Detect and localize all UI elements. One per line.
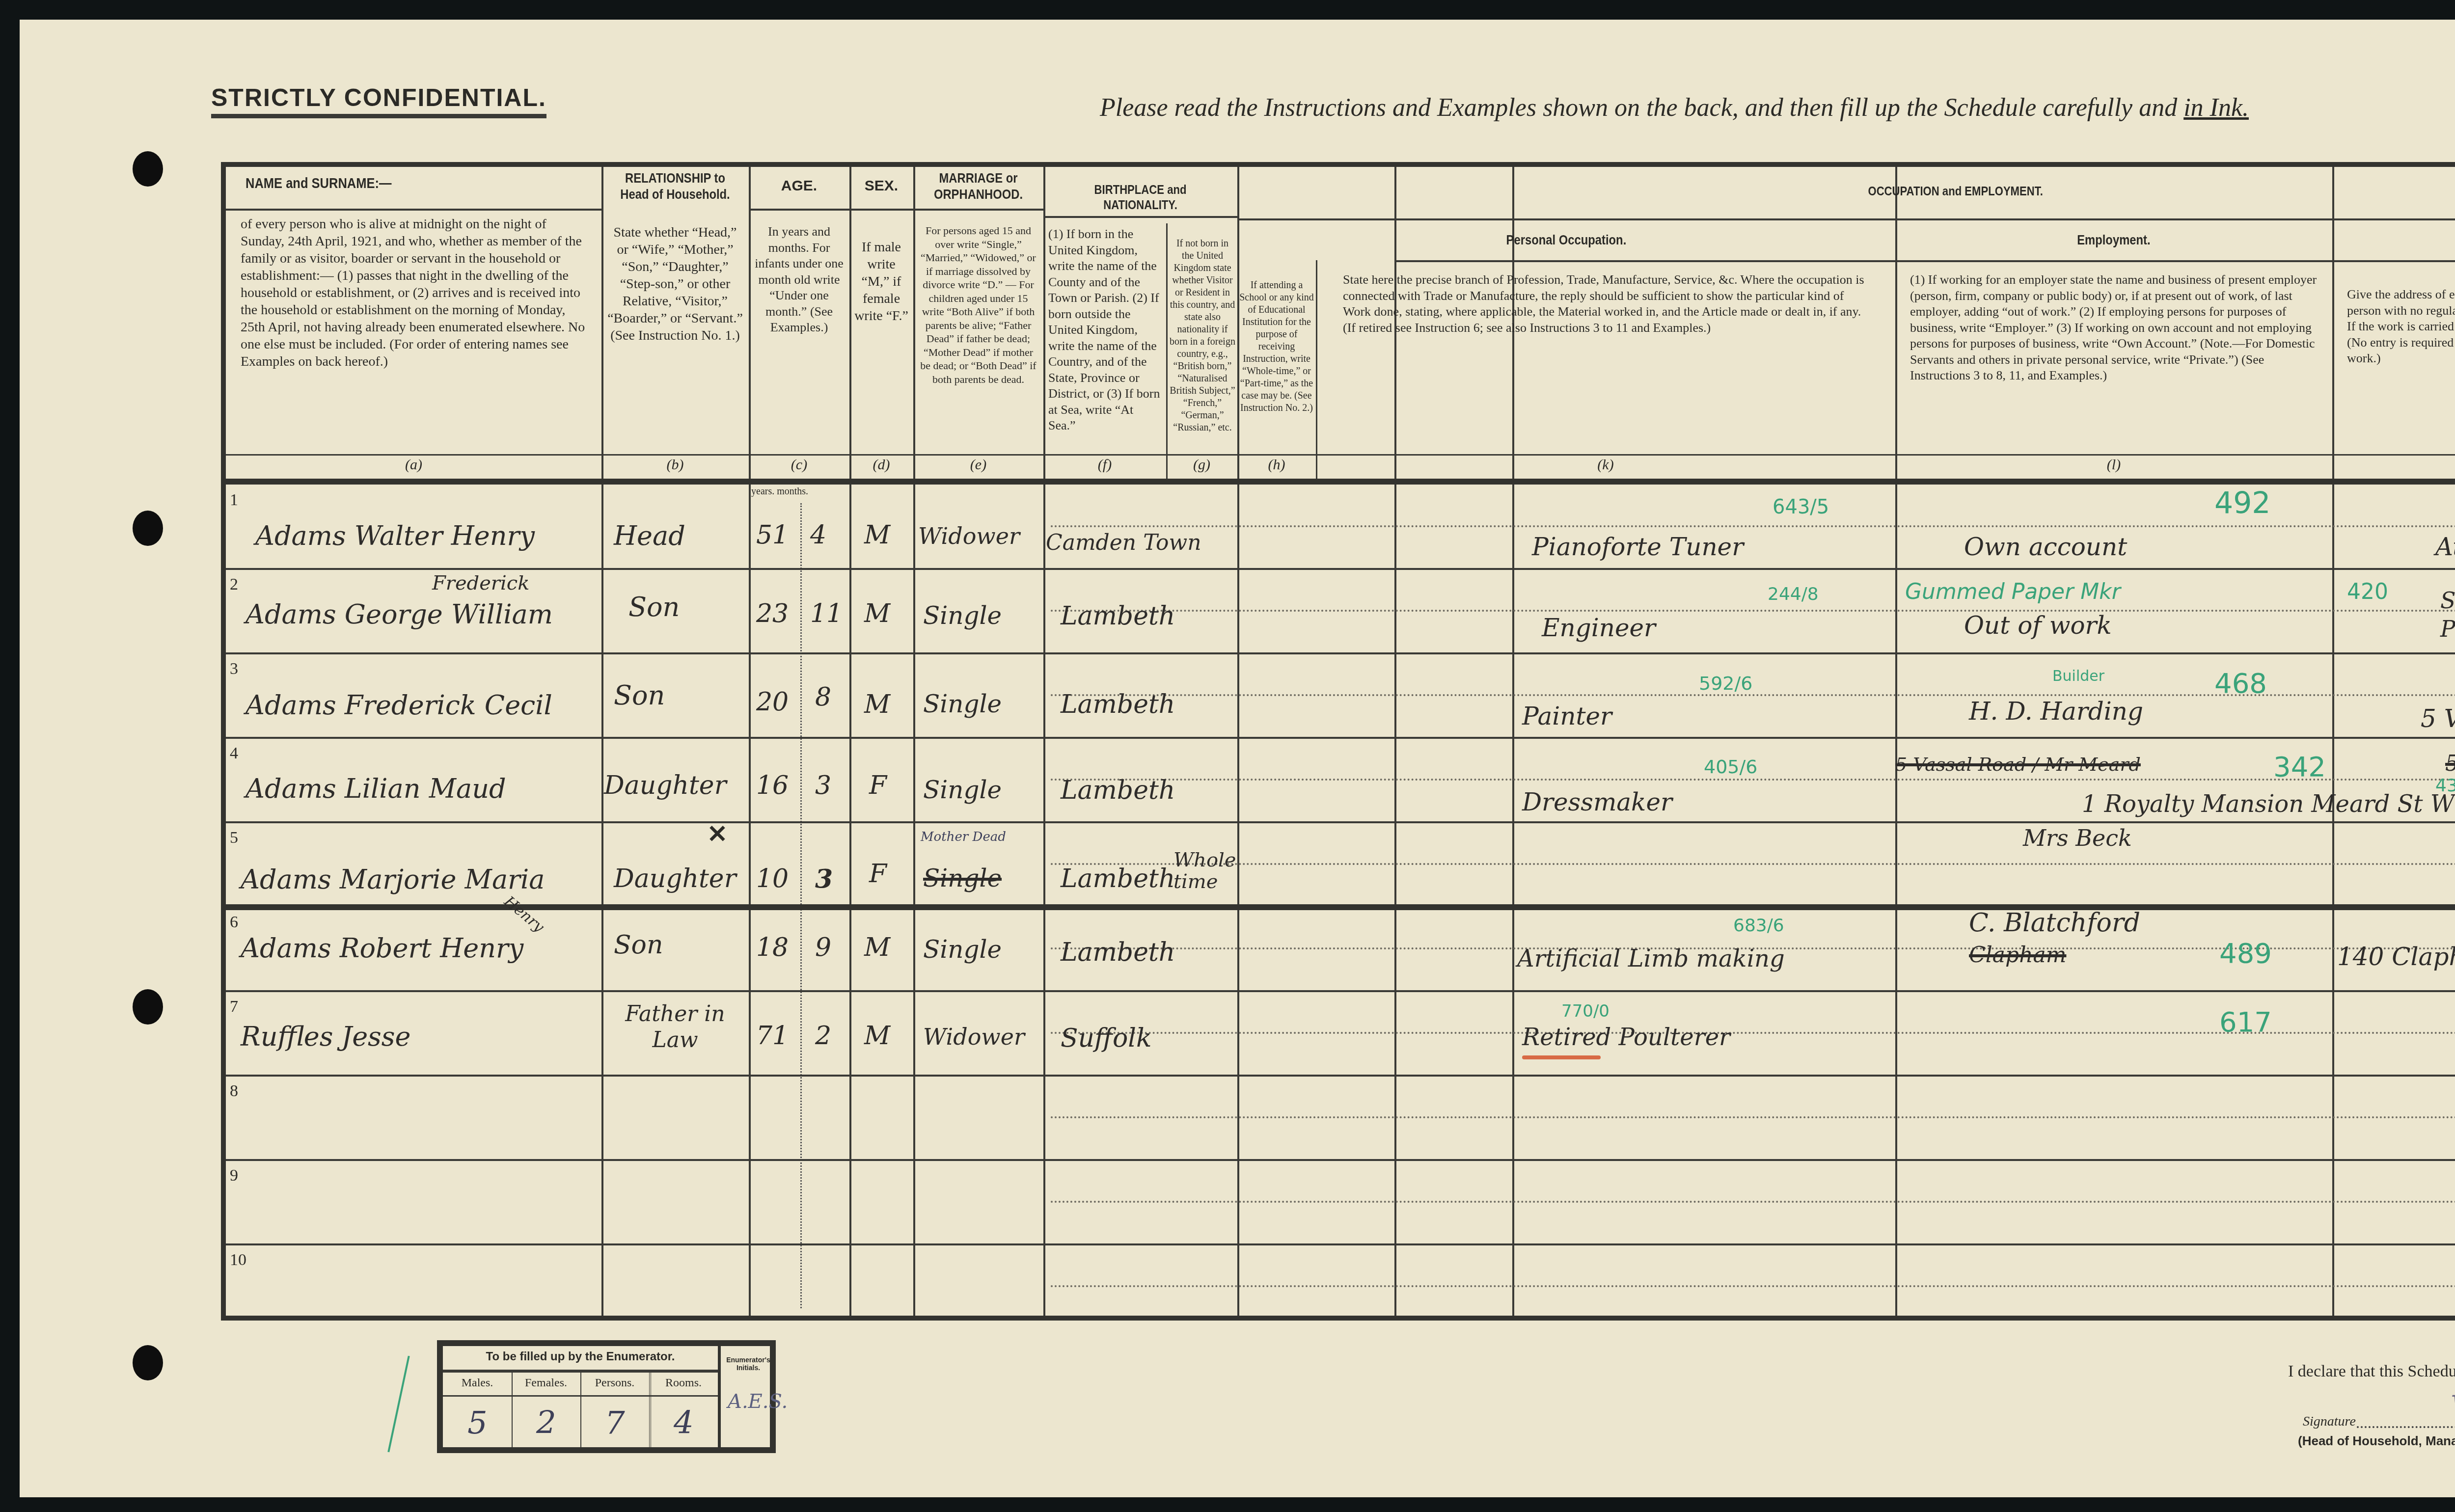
column-desc-nationality: If not born in the United Kingdom state … bbox=[1168, 236, 1237, 436]
employment: Out of work bbox=[1964, 611, 2112, 640]
occupation-code: 683/6 bbox=[1733, 916, 1784, 936]
column-letter-l: (l) bbox=[1895, 457, 2332, 473]
place-struck: 5 Vassal Road bbox=[2445, 751, 2455, 776]
row-number: 7 bbox=[230, 998, 238, 1016]
column-letter-b: (b) bbox=[601, 457, 749, 473]
relationship: Son bbox=[614, 680, 665, 711]
column-letter-k: (k) bbox=[1316, 457, 1895, 473]
sex: F bbox=[869, 859, 887, 889]
employment-note: Builder bbox=[2052, 668, 2104, 685]
sex: F bbox=[869, 771, 887, 800]
age-months: 4 bbox=[810, 520, 826, 550]
employment-note: Mrs Beck bbox=[2023, 825, 2132, 851]
column-header-place-of-work: Place of Work. bbox=[2332, 228, 2455, 251]
relationship: Head bbox=[614, 520, 685, 551]
age-subheader: years. months. bbox=[751, 486, 808, 497]
age-months: 3 bbox=[815, 864, 833, 894]
column-header-relationship: RELATIONSHIP to Head of Household. bbox=[601, 167, 749, 206]
occupation: Pianoforte Tuner bbox=[1532, 533, 1744, 561]
column-desc-marriage: For persons aged 15 and over write “Sing… bbox=[913, 221, 1043, 389]
employment-code: 468 bbox=[2214, 668, 2267, 700]
birthplace: Lambeth bbox=[1061, 690, 1175, 719]
age-years: 18 bbox=[756, 933, 789, 962]
age-years: 51 bbox=[756, 520, 789, 550]
column-letter-m: (m) bbox=[2332, 457, 2455, 473]
row-number: 3 bbox=[230, 660, 238, 678]
place-of-work: At Home bbox=[2435, 533, 2455, 561]
employment-struck: Clapham bbox=[1969, 943, 2066, 968]
person-name: Adams Lilian Maud bbox=[245, 773, 506, 804]
occupation-code: 770/0 bbox=[1561, 1001, 1609, 1021]
sex: M bbox=[864, 599, 890, 628]
birthplace: Suffolk bbox=[1061, 1024, 1151, 1053]
marriage-status: Widower bbox=[923, 1024, 1025, 1050]
age-months: 2 bbox=[815, 1021, 831, 1051]
green-tick-mark bbox=[387, 1356, 409, 1452]
column-letter-e: (e) bbox=[913, 457, 1043, 473]
employment-code: 342 bbox=[2273, 751, 2326, 783]
column-desc-relationship: State whether “Head,” or “Wife,” “Mother… bbox=[601, 221, 749, 347]
column-desc-sex: If male write “M,” if female write “F.” bbox=[849, 236, 913, 327]
column-desc-birthplace: (1) If born in the United Kingdom, write… bbox=[1043, 223, 1166, 437]
enumerator-totals-box: To be filled up by the Enumerator. Males… bbox=[437, 1340, 776, 1453]
totals-value-males: 5 bbox=[467, 1405, 488, 1441]
occupation-code: 643/5 bbox=[1773, 496, 1829, 518]
column-letter-c: (c) bbox=[749, 457, 849, 473]
place-code: 4350 bbox=[2435, 776, 2455, 796]
occupation-code: 592/6 bbox=[1699, 673, 1753, 694]
name-insertion: Henry bbox=[501, 893, 547, 936]
age-years: 16 bbox=[756, 771, 789, 800]
signature: W. C. Adams bbox=[2450, 1389, 2455, 1426]
totals-label-rooms: Rooms. bbox=[649, 1377, 718, 1390]
totals-box-title: To be filled up by the Enumerator. bbox=[443, 1350, 718, 1364]
employment: 1 Royalty Mansion Meard St W bbox=[2082, 790, 2455, 818]
person-name: Adams Robert Henry bbox=[241, 933, 523, 964]
row-number: 1 bbox=[230, 491, 238, 510]
column-desc-age: In years and months. For infants under o… bbox=[749, 221, 849, 339]
relationship: Daughter bbox=[614, 864, 736, 893]
totals-label-females: Females. bbox=[512, 1377, 580, 1390]
employment: C. Blatchford bbox=[1969, 908, 2140, 938]
row-number: 9 bbox=[230, 1166, 238, 1185]
punch-hole bbox=[133, 151, 163, 187]
instruction-ink: in Ink. bbox=[2183, 94, 2249, 122]
occupation: Retired Poulterer bbox=[1522, 1024, 1730, 1051]
declaration-text: I declare that this Schedule is correctl… bbox=[2288, 1362, 2455, 1381]
column-header-age: AGE. bbox=[749, 174, 849, 197]
person-name: Adams Marjorie Maria bbox=[241, 864, 545, 895]
age-months: 8 bbox=[815, 682, 831, 712]
employment-code: 420 bbox=[2347, 579, 2388, 604]
age-years: 71 bbox=[756, 1021, 789, 1051]
totals-value-persons: 7 bbox=[605, 1405, 625, 1441]
employment: H. D. Harding bbox=[1969, 697, 2143, 726]
marriage-status: Single bbox=[923, 690, 1002, 718]
birthplace: Lambeth bbox=[1061, 938, 1175, 967]
place-of-work: 140 Clapham Rd bbox=[2337, 943, 2455, 971]
occupation: Artificial Limb making bbox=[1517, 943, 1792, 975]
marriage-status: Single bbox=[923, 776, 1002, 804]
employment-note: Gummed Paper Mkr bbox=[1905, 579, 2121, 604]
column-desc-name: of every person who is alive at midnight… bbox=[226, 214, 601, 372]
punch-hole bbox=[133, 1345, 163, 1380]
marriage-status: Widower bbox=[918, 523, 1020, 549]
place-of-work: Samuel Jones Peckham bbox=[2440, 587, 2455, 643]
occupation: Painter bbox=[1522, 702, 1612, 730]
row-number: 10 bbox=[230, 1251, 246, 1269]
column-desc-employment: (1) If working for an employer state the… bbox=[1895, 270, 2332, 386]
occupation-code: 244/8 bbox=[1768, 584, 1819, 604]
person-name: Adams Walter Henry bbox=[255, 520, 535, 551]
totals-label-males: Males. bbox=[443, 1377, 512, 1390]
age-months: 9 bbox=[815, 933, 831, 962]
column-header-sex: SEX. bbox=[849, 174, 913, 197]
punch-hole bbox=[133, 989, 163, 1025]
employment-struck: 5 Vassal Road / Mr Meard bbox=[1895, 754, 2141, 775]
column-letter-h: (h) bbox=[1237, 457, 1316, 473]
age-years: 10 bbox=[756, 864, 789, 893]
punch-hole bbox=[133, 511, 163, 546]
occupation-code: 405/6 bbox=[1704, 756, 1758, 778]
marriage-status: Single bbox=[923, 935, 1002, 964]
marriage-status: Single bbox=[923, 601, 1002, 630]
column-header-birthplace: BIRTHPLACE and NATIONALITY. bbox=[1043, 179, 1237, 216]
column-header-name: NAME and SURNAME:— bbox=[226, 172, 601, 195]
birthplace: Lambeth bbox=[1061, 776, 1175, 805]
employment-code: 617 bbox=[2219, 1006, 2272, 1038]
sex: M bbox=[864, 520, 890, 550]
birthplace: Lambeth bbox=[1061, 601, 1175, 631]
age-years: 20 bbox=[756, 687, 789, 717]
relationship: Daughter bbox=[604, 771, 727, 800]
totals-value-females: 2 bbox=[536, 1405, 556, 1441]
column-letter-g: (g) bbox=[1166, 457, 1237, 473]
red-underline bbox=[1522, 1055, 1601, 1059]
employment-code: 489 bbox=[2219, 938, 2272, 970]
relationship: Son bbox=[628, 592, 680, 622]
column-letter-a: (a) bbox=[226, 457, 601, 473]
row-number: 8 bbox=[230, 1082, 238, 1101]
column-desc-place-of-work: Give the address of each person's place … bbox=[2332, 285, 2455, 369]
relationship: Son bbox=[614, 930, 663, 960]
signature-label: Signature bbox=[2303, 1414, 2356, 1430]
column-letter-f: (f) bbox=[1043, 457, 1166, 473]
row-number: 4 bbox=[230, 744, 238, 763]
totals-value-rooms: 4 bbox=[674, 1405, 694, 1441]
row-number: 2 bbox=[230, 575, 238, 594]
cross-mark: ✕ bbox=[707, 820, 728, 848]
person-name: Adams Frederick Cecil bbox=[245, 690, 552, 721]
column-letter-d: (d) bbox=[849, 457, 913, 473]
sex: M bbox=[864, 933, 890, 962]
name-insertion: Frederick bbox=[432, 572, 529, 594]
declaration-footnote: (Head of Household, Manager of Establish… bbox=[2298, 1433, 2455, 1449]
row-number: 5 bbox=[230, 829, 238, 847]
group-header-occupation: OCCUPATION and EMPLOYMENT. bbox=[1237, 179, 2455, 202]
person-name: Adams George William bbox=[245, 599, 553, 630]
birthplace: Lambeth bbox=[1061, 864, 1175, 893]
instruction-text: Please read the Instructions and Example… bbox=[1100, 94, 2183, 122]
sex: M bbox=[864, 1021, 890, 1051]
marriage-struck: Single bbox=[923, 864, 1002, 892]
employment-code: 492 bbox=[2214, 486, 2271, 520]
census-schedule-page: STRICTLY CONFIDENTIAL. Please read the I… bbox=[20, 20, 2455, 1497]
employment: Own account bbox=[1964, 533, 2127, 561]
person-name: Ruffles Jesse bbox=[241, 1021, 411, 1052]
census-table: NAME and SURNAME:— RELATIONSHIP to Head … bbox=[221, 162, 2455, 1321]
row-number: 6 bbox=[230, 913, 238, 932]
relationship: Father in Law bbox=[614, 1001, 736, 1053]
age-months: 11 bbox=[810, 599, 843, 628]
page-title: STRICTLY CONFIDENTIAL. bbox=[211, 83, 546, 118]
occupation: Dressmaker bbox=[1522, 788, 1672, 816]
signature-line bbox=[2357, 1426, 2455, 1428]
place-of-work: 5 Vassal Rd Brixton bbox=[2421, 704, 2455, 733]
nationality-note: Whole time bbox=[1173, 849, 1232, 892]
occupation: Engineer bbox=[1542, 614, 1656, 642]
column-desc-education: If attending a School or any kind of Edu… bbox=[1237, 277, 1316, 416]
column-header-marriage: MARRIAGE or ORPHANHOOD. bbox=[913, 167, 1043, 206]
age-months: 3 bbox=[815, 771, 831, 800]
sex: M bbox=[864, 690, 890, 719]
initials-label: Enumerator's Initials. bbox=[721, 1356, 776, 1372]
column-desc-occupation: State here the precise branch of Profess… bbox=[1318, 270, 1893, 338]
marriage-note: Mother Dead bbox=[921, 830, 1006, 844]
birthplace: Camden Town bbox=[1046, 530, 1201, 555]
totals-label-persons: Persons. bbox=[580, 1377, 649, 1390]
column-header-employment: Employment. bbox=[1895, 228, 2332, 251]
column-header-personal-occupation: Personal Occupation. bbox=[1237, 228, 1895, 251]
instruction-line: Please read the Instructions and Example… bbox=[1100, 93, 2249, 122]
enumerator-initials: A.E.S. bbox=[728, 1390, 788, 1413]
age-years: 23 bbox=[756, 599, 789, 628]
